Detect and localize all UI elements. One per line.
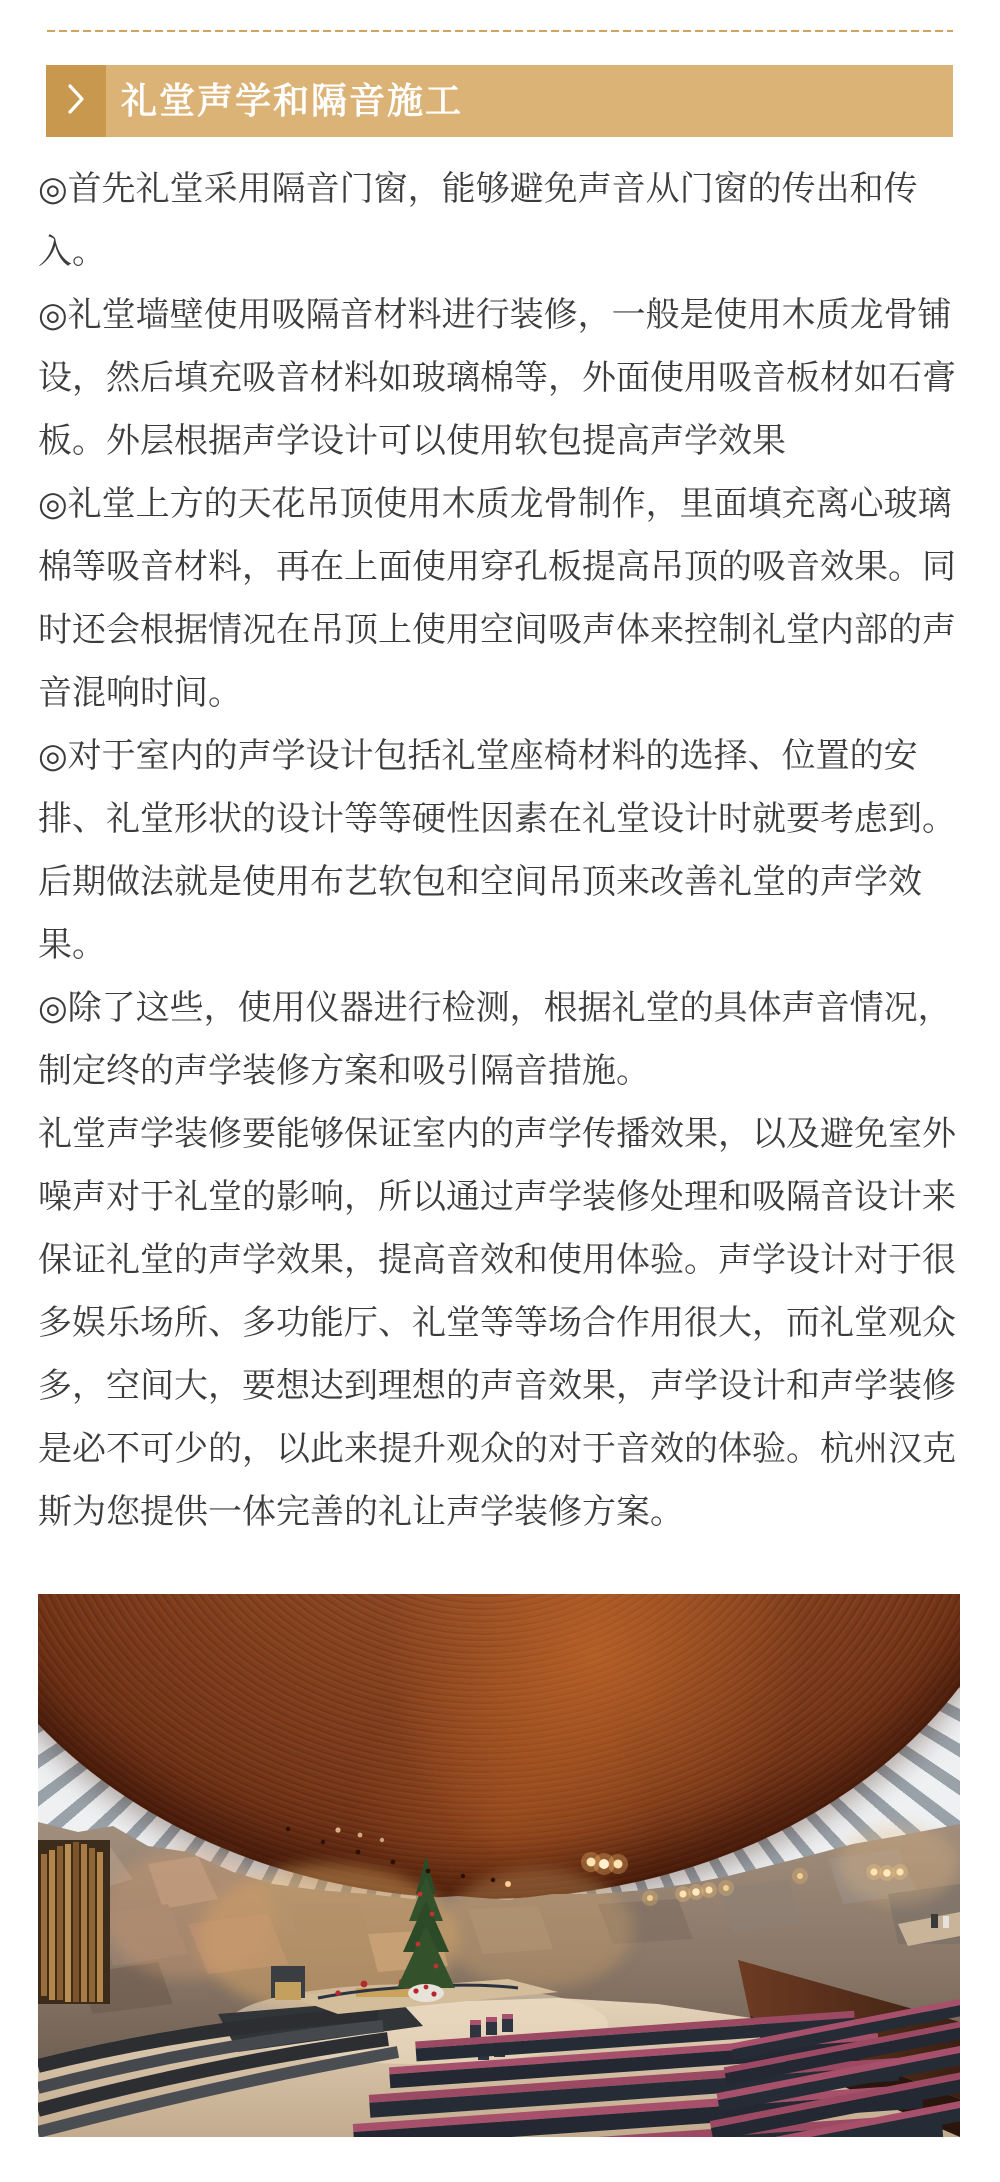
article-paragraph: ◎礼堂墙壁使用吸隔音材料进行装修，一般是使用木质龙骨铺设，然后填充吸音材料如玻璃… bbox=[38, 284, 958, 473]
article-paragraph: ◎对于室内的声学设计包括礼堂座椅材料的选择、位置的安排、礼堂形状的设计等等硬性因… bbox=[38, 725, 958, 977]
header-accent-block bbox=[46, 65, 106, 137]
article-paragraph: 礼堂声学装修要能够保证室内的声学传播效果，以及避免室外噪声对于礼堂的影响，所以通… bbox=[38, 1103, 958, 1544]
article-paragraph: ◎首先礼堂采用隔音门窗，能够避免声音从门窗的传出和传入。 bbox=[38, 158, 958, 284]
section-header: 礼堂声学和隔音施工 bbox=[46, 65, 953, 137]
auditorium-photo bbox=[38, 1594, 960, 2137]
chevron-right-icon bbox=[67, 83, 85, 120]
section-title: 礼堂声学和隔音施工 bbox=[106, 65, 463, 137]
article-paragraph: ◎除了这些，使用仪器进行检测，根据礼堂的具体声音情况，制定终的声学装修方案和吸引… bbox=[38, 977, 958, 1103]
article-body: ◎首先礼堂采用隔音门窗，能够避免声音从门窗的传出和传入。 ◎礼堂墙壁使用吸隔音材… bbox=[38, 158, 958, 1544]
article-paragraph: ◎礼堂上方的天花吊顶使用木质龙骨制作，里面填充离心玻璃棉等吸音材料，再在上面使用… bbox=[38, 473, 958, 725]
auditorium-scene bbox=[38, 1594, 960, 2137]
page: { "divider": { "color": "#d2a262", "styl… bbox=[0, 0, 1000, 2182]
dashed-divider bbox=[47, 30, 953, 32]
